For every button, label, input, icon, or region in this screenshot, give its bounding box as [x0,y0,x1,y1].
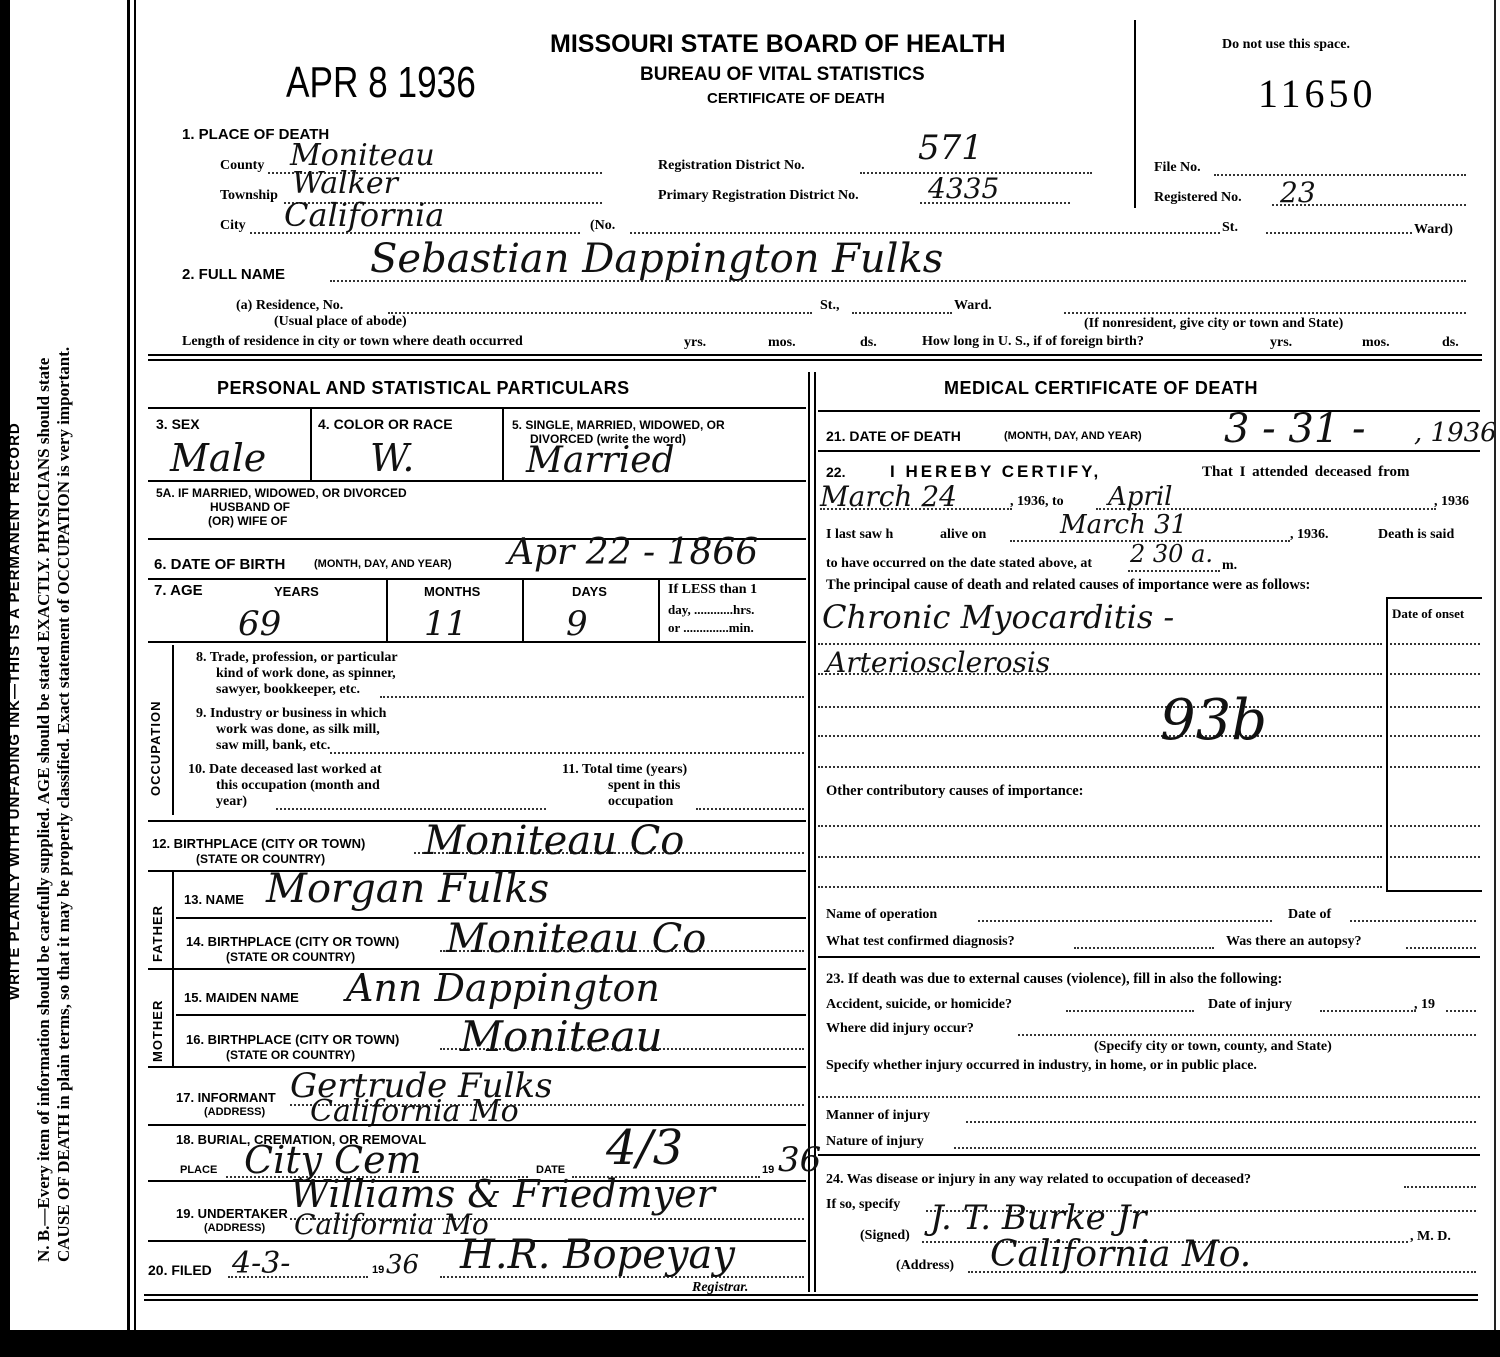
registration-district-value: 571 [918,128,983,168]
father-side-label: FATHER [150,905,165,962]
q11-line-1: 11. Total time (years) [562,762,687,778]
time-suffix: m. [1222,558,1237,574]
residence-line [388,312,812,314]
marital-label-1: 5. SINGLE, MARRIED, WIDOWED, OR [512,418,725,432]
other-onset-line-1 [1390,825,1480,827]
nonresident-line [1064,312,1466,314]
onset-line-3 [1390,706,1480,708]
registrar-signature: H.R. Bopeyay [460,1232,735,1278]
spouse-label-3: (OR) WIFE OF [208,514,287,528]
date-of-onset-label: Date of onset [1392,606,1464,622]
q8-line-1: 8. Trade, profession, or particular [196,650,398,666]
cause-line-3 [818,706,1382,708]
dob-label: 6. DATE OF BIRTH [154,556,285,573]
form-subtitle: BUREAU OF VITAL STATISTICS [640,64,925,86]
last-saw-value: March 31 [1060,510,1187,540]
date-of-death-sub-label: (MONTH, DAY, AND YEAR) [1004,430,1142,442]
row-rule [818,410,1480,412]
occupation-side-label: OCCUPATION [148,701,163,796]
onset-column-bottom [1386,890,1482,892]
injury-year-label: , 19 [1414,997,1435,1013]
onset-line-4 [1390,735,1480,737]
operation-line [978,920,1272,922]
mother-name-value: Ann Dappington [346,966,660,1010]
dob-value: Apr 22 - 1866 [508,532,758,573]
cell-divider [502,408,504,480]
race-label: 4. COLOR OR RACE [318,416,453,432]
foreign-yrs-label: yrs. [1270,335,1292,351]
occupation-divider [172,645,174,815]
city-label: City [220,218,246,234]
operation-date-label: Date of [1288,907,1331,923]
time-of-death-label: to have occurred on the date stated abov… [826,556,1092,572]
q9-line-2: work was done, as silk mill, [216,722,380,738]
operation-date-line [1350,920,1476,922]
q9-line-3: saw mill, bank, etc. [216,738,330,754]
primary-registration-value: 4335 [928,172,999,205]
mother-side-label: MOTHER [150,1000,165,1062]
other-onset-line-2 [1390,856,1480,858]
frame-line [134,0,136,1330]
burial-date-value: 4/3 [606,1120,683,1176]
accident-label: Accident, suicide, or homicide? [826,997,1012,1013]
physician-address-value: California Mo. [990,1234,1251,1275]
frame-line [127,0,130,1330]
street-label: St. [1222,220,1238,236]
certify-number: 22. [826,464,845,480]
attended-from-year: , 1936, to [1010,494,1064,510]
where-injury-label: Where did injury occur? [826,1021,974,1037]
mother-birthplace-label: 16. BIRTHPLACE (CITY OR TOWN) [186,1032,399,1047]
manner-line [966,1121,1476,1123]
onset-column-top [1386,597,1482,599]
registered-no-label: Registered No. [1154,190,1242,206]
q10-line-2: this occupation (month and [216,778,380,794]
age-years-label: YEARS [274,584,319,599]
injury-year-line [1446,1010,1476,1012]
other-cause-line-2 [818,856,1382,858]
scan-border [0,1330,1500,1357]
injury-date-label: Date of injury [1208,997,1292,1013]
certify-caps: I HEREBY CERTIFY, [890,462,1101,482]
less-than-day-label-2: day, ............hrs. [668,602,754,618]
last-saw-alive-label: alive on [940,527,986,543]
form-title: MISSOURI STATE BOARD OF HEALTH [550,30,1006,59]
nature-label: Nature of injury [826,1134,924,1150]
street-line [630,232,1220,234]
date-of-death-year: , 1936 [1414,418,1497,448]
nonresident-note: (If nonresident, give city or town and S… [1084,316,1343,332]
q11-line-2: spent in this [608,778,680,794]
physician-address-label: (Address) [896,1258,954,1274]
informant-sub-label: (ADDRESS) [204,1106,265,1118]
foreign-birth-label: How long in U. S., if of foreign birth? [922,334,1144,350]
residence-mos-label: mos. [768,335,796,351]
residence-sub-label: (Usual place of abode) [274,314,407,330]
q9-line [330,752,804,754]
test-line [1074,947,1214,949]
foreign-ds-label: ds. [1442,335,1459,351]
death-is-said-label: Death is said [1378,527,1454,543]
residence-ward-line [852,312,952,314]
specify-place-line [818,1096,1480,1098]
attended-to-value: April [1108,482,1172,512]
burial-year-prefix: 19 [762,1164,774,1176]
cell-divider [386,579,388,641]
cause-line-4 [818,735,1382,737]
age-days-label: DAYS [572,584,607,599]
last-saw-year: , 1936. [1290,527,1329,543]
race-value: W. [370,436,415,480]
cause-line-5 [818,766,1382,768]
birthplace-sub-label: (STATE OR COUNTRY) [196,852,325,866]
onset-line-2 [1390,673,1480,675]
other-causes-label: Other contributory causes of importance: [826,783,1083,800]
md-label: , M. D. [1410,1229,1451,1245]
onset-line-1 [1390,643,1480,645]
certify-text: That I attended deceased from [1202,464,1410,481]
specify-place-label: Specify whether injury occurred in indus… [826,1058,1257,1074]
primary-registration-label: Primary Registration District No. [658,188,859,204]
residence-ds-label: ds. [860,335,877,351]
accident-line [1066,1010,1194,1012]
where-injury-line [1018,1034,1476,1036]
q24-label: 24. Was disease or injury in any way rel… [826,1172,1251,1188]
q11-line-3: occupation [608,794,673,810]
row-rule [148,641,806,643]
if-so-label: If so, specify [826,1197,900,1213]
bottom-rule [144,1294,1478,1301]
mother-birthplace-sub-label: (STATE OR COUNTRY) [226,1048,355,1062]
spouse-label-1: 5A. IF MARRIED, WIDOWED, OR DIVORCED [156,486,407,500]
row-rule [818,956,1480,958]
age-months-label: MONTHS [424,584,480,599]
full-name-label: 2. FULL NAME [182,266,285,283]
filed-date-value: 4-3- [232,1246,290,1281]
autopsy-label: Was there an autopsy? [1226,934,1361,950]
cause-line-2 [818,673,1382,675]
other-cause-line-1 [818,825,1382,827]
file-no-line [1214,174,1466,176]
sex-value: Male [170,436,266,480]
last-saw-label: I last saw h [826,527,893,543]
cell-divider [658,579,660,641]
age-days-value: 9 [566,604,588,644]
spouse-label-2: HUSBAND OF [210,500,290,514]
operation-label: Name of operation [826,907,937,923]
ward-label: Ward) [1414,222,1453,238]
informant-label: 17. INFORMANT [176,1090,276,1105]
undertaker-sub-label: (ADDRESS) [204,1222,265,1234]
residence-yrs-label: yrs. [684,335,706,351]
mother-birthplace-value: Moniteau [460,1012,663,1061]
received-date-stamp: APR 8 1936 [286,58,476,108]
birthplace-label: 12. BIRTHPLACE (CITY OR TOWN) [152,836,365,851]
where-injury-sub: (Specify city or town, county, and State… [1094,1039,1332,1055]
physician-signature: J. T. Burke Jr [930,1198,1146,1238]
nature-line [954,1147,1476,1149]
father-name-label: 13. NAME [184,892,244,907]
city-value: California [284,196,444,234]
q8-line [380,696,804,698]
registered-no-value: 23 [1280,176,1316,209]
marital-value: Married [526,440,675,481]
county-label: County [220,158,264,174]
age-months-value: 11 [424,604,467,644]
residence-label: (a) Residence, No. [236,298,343,314]
permanent-record-warning: WRITE PLAINLY WITH UNFADING INK—THIS IS … [6,422,23,1000]
other-cause-line-3 [818,886,1382,888]
full-name-value: Sebastian Dappington Fulks [370,236,943,282]
row-rule [148,578,806,580]
father-birthplace-label: 14. BIRTHPLACE (CITY OR TOWN) [186,934,399,949]
section-divider [148,354,1482,361]
time-of-death-line [1128,570,1220,572]
q23-label: 23. If death was due to external causes … [826,971,1282,988]
attended-from-value: March 24 [820,480,957,513]
onset-column-divider [1386,597,1388,891]
date-of-death-label: 21. DATE OF DEATH [826,428,961,444]
personal-section-heading: PERSONAL AND STATISTICAL PARTICULARS [217,378,630,399]
row-rule [818,450,1480,452]
cause-1-value: Chronic Myocarditis - [822,598,1174,636]
father-birthplace-sub-label: (STATE OR COUNTRY) [226,950,355,964]
form-name: CERTIFICATE OF DEATH [707,90,885,107]
manner-label: Manner of injury [826,1108,930,1124]
right-edge [1494,0,1496,1330]
less-than-day-label-1: If LESS than 1 [668,582,757,598]
father-divider [172,872,174,968]
sex-label: 3. SEX [156,416,200,432]
row-rule [148,407,806,409]
death-certificate-page: WRITE PLAINLY WITH UNFADING INK—THIS IS … [0,0,1500,1330]
burial-place-label: PLACE [180,1164,217,1176]
do-not-use-note: Do not use this space. [1222,37,1350,53]
residence-street-label: St., [820,298,839,314]
q9-line-1: 9. Industry or business in which [196,706,386,722]
q10-line-1: 10. Date deceased last worked at [188,762,382,778]
residence-ward-label: Ward. [954,298,992,314]
undertaker-label: 19. UNDERTAKER [176,1206,288,1221]
dob-sub-label: (MONTH, DAY, AND YEAR) [314,558,452,570]
q11-line [696,808,804,810]
certificate-number: 11650 [1258,70,1377,117]
row-rule [148,480,806,482]
q10-line-3: year) [216,794,247,810]
filed-year-value: 36 [386,1250,419,1280]
filed-label: 20. FILED [148,1262,212,1278]
autopsy-line [1406,947,1476,949]
age-label: 7. AGE [154,582,203,599]
test-label: What test confirmed diagnosis? [826,934,1015,950]
registration-district-label: Registration District No. [658,158,805,174]
cell-divider [310,408,312,480]
birthplace-value: Moniteau Co [424,818,684,864]
principal-cause-label: The principal cause of death and related… [826,577,1310,594]
less-than-day-label-3: or ..............min. [668,620,754,636]
header-divider [1134,20,1136,208]
q24-line [1404,1186,1476,1188]
time-of-death-value: 2 30 a. [1130,540,1213,568]
cell-divider [522,579,524,641]
burial-year-value: 36 [778,1140,821,1180]
attended-to-year: , 1936 [1434,494,1469,510]
q8-line-3: sawyer, bookkeeper, etc. [216,682,360,698]
file-no-label: File No. [1154,160,1201,176]
cause-code-value: 93b [1160,688,1267,753]
onset-line-5 [1390,766,1480,768]
township-label: Township [220,188,278,204]
date-of-death-value: 3 - 31 - [1224,406,1366,452]
cause-line-1 [818,643,1382,645]
row-rule [818,1154,1480,1156]
age-years-value: 69 [238,604,281,644]
ward-line [1266,232,1412,234]
q10-line [276,808,546,810]
medical-section-heading: MEDICAL CERTIFICATE OF DEATH [944,378,1258,399]
mother-name-label: 15. MAIDEN NAME [184,990,299,1005]
mother-divider [172,970,174,1066]
instructions-note-line-2: CAUSE OF DEATH in plain terms, so that i… [54,347,73,1262]
instructions-note-line-1: N. B.—Every item of information should b… [34,358,53,1262]
injury-date-line [1320,1010,1416,1012]
father-birthplace-value: Moniteau Co [446,916,706,962]
filed-year-prefix: 19 [372,1264,384,1276]
signed-label: (Signed) [860,1228,910,1244]
street-no-label: (No. [590,218,615,234]
q8-line-2: kind of work done, as spinner, [216,666,396,682]
length-of-residence-label: Length of residence in city or town wher… [182,334,523,350]
row-rule [148,1124,806,1126]
father-name-value: Morgan Fulks [266,866,549,912]
foreign-mos-label: mos. [1362,335,1390,351]
